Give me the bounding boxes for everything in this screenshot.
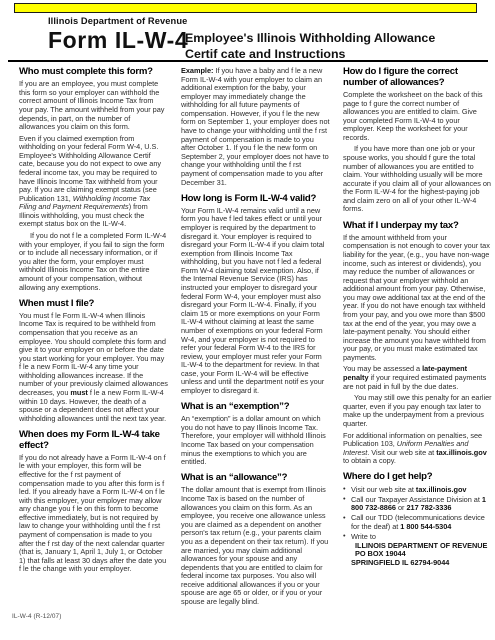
column-1: Who must complete this form? If you are … [19, 67, 168, 610]
help-item-write: Write to ILLINOIS DEPARTMENT OF REVENUE … [343, 533, 492, 567]
form-number: Form IL-W-4 [48, 27, 188, 54]
header-divider [8, 60, 488, 62]
website-url: tax.illinois.gov [436, 448, 487, 457]
heading-what-is-exemption: What is an “exemption”? [181, 402, 330, 413]
form-revision-footer: IL-W-4 (R-12/07) [12, 613, 61, 620]
paragraph: If you do not already have a Form IL-W-4… [19, 454, 168, 574]
help-list: Visit our web site at tax.illinois.gov C… [343, 486, 492, 568]
form-title-line1: Employee's Illinois Withholding Allowanc… [185, 31, 435, 47]
phone-number: 217 782-3336 [406, 503, 451, 512]
example-paragraph: Example: If you have a baby and f le a n… [181, 67, 330, 187]
paragraph: If you do not f le a completed Form IL-W… [19, 232, 168, 292]
website-url: tax.illinois.gov [416, 485, 467, 494]
help-item-website: Visit our web site at tax.illinois.gov [343, 486, 492, 495]
paragraph: For additional information on penalties,… [343, 432, 492, 466]
paragraph: Even if you claimed exemption from withh… [19, 135, 168, 229]
paragraph: Your Form IL-W-4 remains valid until a n… [181, 207, 330, 396]
agency-name: Illinois Department of Revenue [48, 16, 188, 26]
heading-when-must-i-file: When must I file? [19, 299, 168, 310]
form-title: Employee's Illinois Withholding Allowanc… [185, 31, 435, 63]
paragraph: You may be assessed a late-payment penal… [343, 365, 492, 391]
help-item-phone: Call our Taxpayer Assistance Division at… [343, 496, 492, 513]
heading-where-do-i-get-help: Where do I get help? [343, 472, 492, 483]
paragraph: Complete the worksheet on the back of th… [343, 91, 492, 142]
paragraph: If you have more than one job or your sp… [343, 145, 492, 214]
heading-how-long-valid: How long is Form IL-W-4 valid? [181, 194, 330, 205]
heading-what-is-allowance: What is an “allowance”? [181, 473, 330, 484]
heading-underpay-tax: What if I underpay my tax? [343, 221, 492, 232]
column-2: Example: If you have a baby and f le a n… [181, 67, 330, 610]
heading-when-does-form-take-effect: When does my Form IL-W-4 take effect? [19, 430, 168, 451]
paragraph: The dollar amount that is exempt from Il… [181, 486, 330, 606]
instructions-columns: Who must complete this form? If you are … [19, 67, 487, 610]
phone-number: 1 800 544-5304 [400, 522, 451, 531]
form-header: Illinois Department of Revenue Form IL-W… [48, 16, 188, 54]
paragraph: You must f le Form IL-W-4 when Illinois … [19, 312, 168, 424]
heading-figure-allowances: How do I figure the correct number of al… [343, 67, 492, 88]
address-line: SPRINGFIELD IL 62794-9044 [351, 559, 492, 568]
column-3: How do I figure the correct number of al… [343, 67, 492, 610]
form-page: Illinois Department of Revenue Form IL-W… [0, 0, 495, 640]
paragraph: You may still owe this penalty for an ea… [343, 394, 492, 428]
paragraph: An “exemption” is a dollar amount on whi… [181, 415, 330, 466]
paragraph: If you are an employee, you must complet… [19, 80, 168, 131]
heading-who-must-complete: Who must complete this form? [19, 67, 168, 78]
help-item-tdd: Call our TDD (telecommunications device … [343, 514, 492, 531]
paragraph: If the amount withheld from your compens… [343, 234, 492, 363]
mailing-address: ILLINOIS DEPARTMENT OF REVENUE PO BOX 19… [351, 542, 492, 568]
highlight-bar [14, 3, 477, 13]
